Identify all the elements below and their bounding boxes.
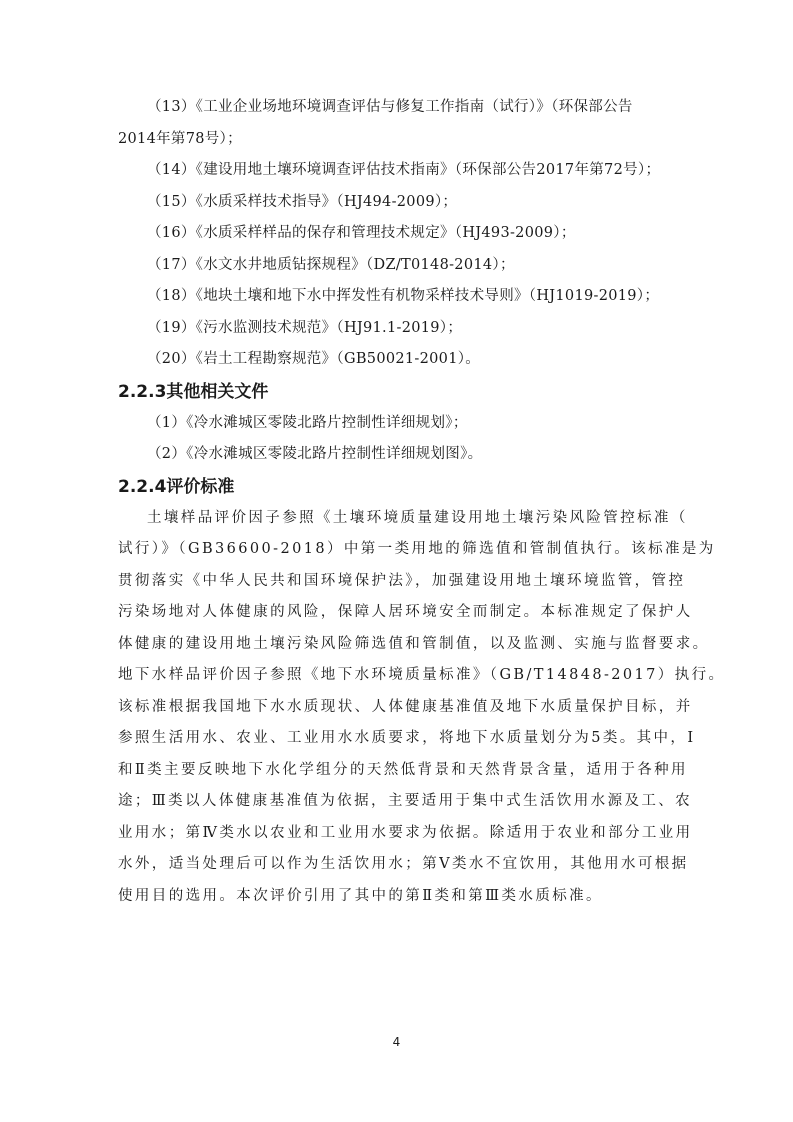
paragraph-line: 体健康的建设用地土壤污染风险筛选值和管制值，以及监测、实施与监督要求。 [118,629,678,661]
related-document-item-2: （2）《冷水滩城区零陵北路片控制性详细规划图》。 [118,439,678,471]
paragraph-line: 贯彻落实《中华人民共和国环境保护法》，加强建设用地土壤环境监管，管控 [118,566,678,598]
reference-list: （13）《工业企业场地环境调查评估与修复工作指南（试行）》（环保部公告 2014… [118,92,678,376]
related-documents-list: （1）《冷水滩城区零陵北路片控制性详细规划》； （2）《冷水滩城区零陵北路片控制… [118,408,678,471]
related-document-item-1: （1）《冷水滩城区零陵北路片控制性详细规划》； [118,408,678,440]
paragraph-line: 土壤样品评价因子参照《土壤环境质量建设用地土壤污染风险管控标准（ [118,503,678,535]
paragraph-line: 和Ⅱ类主要反映地下水化学组分的天然低背景和天然背景含量，适用于各种用 [118,755,678,787]
paragraph-line: 污染场地对人体健康的风险，保障人居环境安全而制定。本标准规定了保护人 [118,597,678,629]
paragraph-line: 业用水；第Ⅳ类水以农业和工业用水要求为依据。除适用于农业和部分工业用 [118,818,678,850]
reference-item-16: （16）《水质采样样品的保存和管理技术规定》（HJ493-2009）； [118,218,678,250]
page-content: （13）《工业企业场地环境调查评估与修复工作指南（试行）》（环保部公告 2014… [118,92,678,912]
paragraph-line: 地下水样品评价因子参照《地下水环境质量标准》（GB/T14848-2017）执行… [118,660,678,692]
section-heading-2-2-4: 2.2.4评价标准 [118,471,678,503]
paragraph-line: 水外，适当处理后可以作为生活饮用水；第Ⅴ类水不宜饮用，其他用水可根据 [118,849,678,881]
reference-item-17: （17）《水文水井地质钻探规程》（DZ/T0148-2014）； [118,250,678,282]
section-heading-2-2-3: 2.2.3其他相关文件 [118,376,678,408]
paragraph-line: 使用目的选用。本次评价引用了其中的第Ⅱ类和第Ⅲ类水质标准。 [118,881,678,913]
page-number: 4 [0,1035,793,1049]
reference-item-15: （15）《水质采样技术指导》（HJ494-2009）； [118,187,678,219]
reference-item-19: （19）《污水监测技术规范》（HJ91.1-2019）； [118,313,678,345]
paragraph-line: 试行）》（GB36600-2018）中第一类用地的筛选值和管制值执行。该标准是为 [118,534,678,566]
paragraph-line: 该标准根据我国地下水水质现状、人体健康基准值及地下水质量保护目标，并 [118,692,678,724]
reference-item-20: （20）《岩土工程勘察规范》（GB50021-2001）。 [118,344,678,376]
paragraph-line: 途；Ⅲ类以人体健康基准值为依据，主要适用于集中式生活饮用水源及工、农 [118,786,678,818]
reference-item-13-line-2: 2014年第78号）； [118,124,678,156]
reference-item-14: （14）《建设用地土壤环境调查评估技术指南》（环保部公告2017年第72号）； [118,155,678,187]
evaluation-standard-paragraph: 土壤样品评价因子参照《土壤环境质量建设用地土壤污染风险管控标准（ 试行）》（GB… [118,503,678,913]
reference-item-18: （18）《地块土壤和地下水中挥发性有机物采样技术导则》（HJ1019-2019）… [118,281,678,313]
reference-item-13-line-1: （13）《工业企业场地环境调查评估与修复工作指南（试行）》（环保部公告 [118,92,678,124]
document-page: （13）《工业企业场地环境调查评估与修复工作指南（试行）》（环保部公告 2014… [0,0,793,1122]
paragraph-line: 参照生活用水、农业、工业用水水质要求，将地下水质量划分为5类。其中，Ⅰ [118,723,678,755]
